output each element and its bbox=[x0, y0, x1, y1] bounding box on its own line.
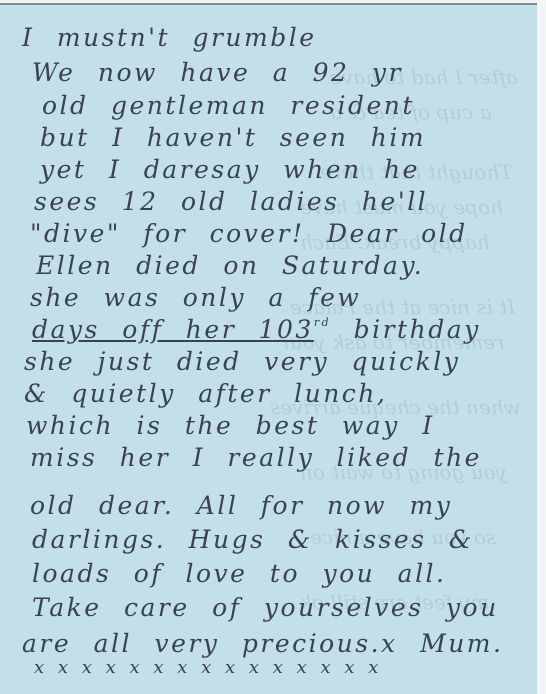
letter-line-10: days off her 103rd birthday bbox=[32, 317, 481, 342]
letter-line-19: are all very precious.x Mum. bbox=[22, 631, 503, 656]
birthday-word: birthday bbox=[354, 315, 481, 344]
letter-line-2: We now have a 92 yr bbox=[32, 60, 403, 85]
scan-margin bbox=[537, 0, 546, 694]
letter-line-17: loads of love to you all. bbox=[32, 561, 447, 586]
letter-line-7: "dive" for cover! Dear old bbox=[30, 221, 468, 246]
letter-line-9: she was only a few bbox=[30, 285, 361, 310]
letter-line-13: which is the best way I bbox=[26, 413, 435, 438]
letter-line-1: I mustn't grumble bbox=[22, 25, 317, 50]
letter-line-8: Ellen died on Saturday. bbox=[36, 253, 424, 278]
letter-line-4: but I haven't seen him bbox=[40, 125, 426, 150]
kisses-row: x x x x x x x x x x x x x x x bbox=[34, 659, 379, 677]
letter-line-3: old gentleman resident bbox=[42, 93, 415, 118]
letter-line-12: & quietly after lunch, bbox=[24, 381, 387, 406]
letter-page: after I had to have a cup of tea & a Tho… bbox=[0, 3, 537, 694]
letter-line-15: old dear. All for now my bbox=[30, 493, 452, 518]
letter-line-5: yet I daresay when he bbox=[40, 157, 420, 182]
letter-line-14: miss her I really liked the bbox=[30, 445, 482, 470]
letter-line-6: sees 12 old ladies he'll bbox=[34, 189, 428, 214]
ordinal-suffix: rd bbox=[314, 316, 331, 329]
days-off-text: days off her 103 bbox=[32, 315, 314, 344]
letter-line-11: she just died very quickly bbox=[24, 349, 460, 374]
letter-line-18: Take care of yourselves you bbox=[32, 595, 499, 620]
letter-line-16: darlings. Hugs & kisses & bbox=[32, 527, 474, 552]
